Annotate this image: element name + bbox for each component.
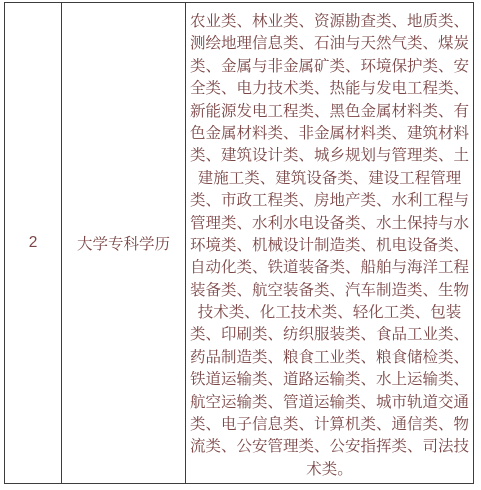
majors-text-line: 全类、电力技术类、热能与发电工程类、 <box>186 78 473 100</box>
row-number: 2 <box>29 234 38 252</box>
majors-text-line: 新能源发电工程类、黑色金属材料类、有 <box>186 101 473 123</box>
majors-text-line: 类、市政工程类、房地产类、水利工程与 <box>186 190 473 212</box>
majors-text-line: 流类、公安管理类、公安指挥类、司法技 <box>186 436 473 458</box>
majors-text-line: 类、电子信息类、计算机类、通信类、物 <box>186 414 473 436</box>
majors-text-line: 管理类、水利水电设备类、水土保持与水 <box>186 213 473 235</box>
education-level-label: 大学专科学历 <box>77 232 170 254</box>
majors-text-line: 术类。 <box>186 459 473 481</box>
majors-text-line: 铁道运输类、道路运输类、水上运输类、 <box>186 369 473 391</box>
majors-text-line: 类、建筑设计类、城乡规划与管理类、土 <box>186 145 473 167</box>
majors-text-line: 农业类、林业类、资源勘查类、地质类、 <box>186 11 473 33</box>
education-level-cell: 大学专科学历 <box>62 3 186 483</box>
majors-text-line: 药品制造类、粮食工业类、粮食储检类、 <box>186 347 473 369</box>
majors-text-line: 建施工类、建筑设备类、建设工程管理 <box>186 168 473 190</box>
education-majors-table: 2 大学专科学历 农业类、林业类、资源勘查类、地质类、测绘地理信息类、石油与天然… <box>4 2 474 484</box>
majors-text-line: 类、印刷类、纺织服装类、食品工业类、 <box>186 324 473 346</box>
majors-text-line: 环境类、机械设计制造类、机电设备类、 <box>186 235 473 257</box>
majors-text-line: 航空运输类、管道运输类、城市轨道交通 <box>186 392 473 414</box>
majors-text-line: 类、金属与非金属矿类、环境保护类、安 <box>186 56 473 78</box>
majors-text-line: 装备类、航空装备类、汽车制造类、生物 <box>186 280 473 302</box>
majors-text-line: 技术类、化工技术类、轻化工类、包装 <box>186 302 473 324</box>
majors-cell: 农业类、林业类、资源勘查类、地质类、测绘地理信息类、石油与天然气类、煤炭类、金属… <box>186 3 473 483</box>
majors-text-line: 色金属材料类、非金属材料类、建筑材料 <box>186 123 473 145</box>
majors-text: 农业类、林业类、资源勘查类、地质类、测绘地理信息类、石油与天然气类、煤炭类、金属… <box>186 11 473 481</box>
majors-text-line: 自动化类、铁道装备类、船舶与海洋工程 <box>186 257 473 279</box>
row-number-cell: 2 <box>5 3 62 483</box>
majors-text-line: 测绘地理信息类、石油与天然气类、煤炭 <box>186 33 473 55</box>
